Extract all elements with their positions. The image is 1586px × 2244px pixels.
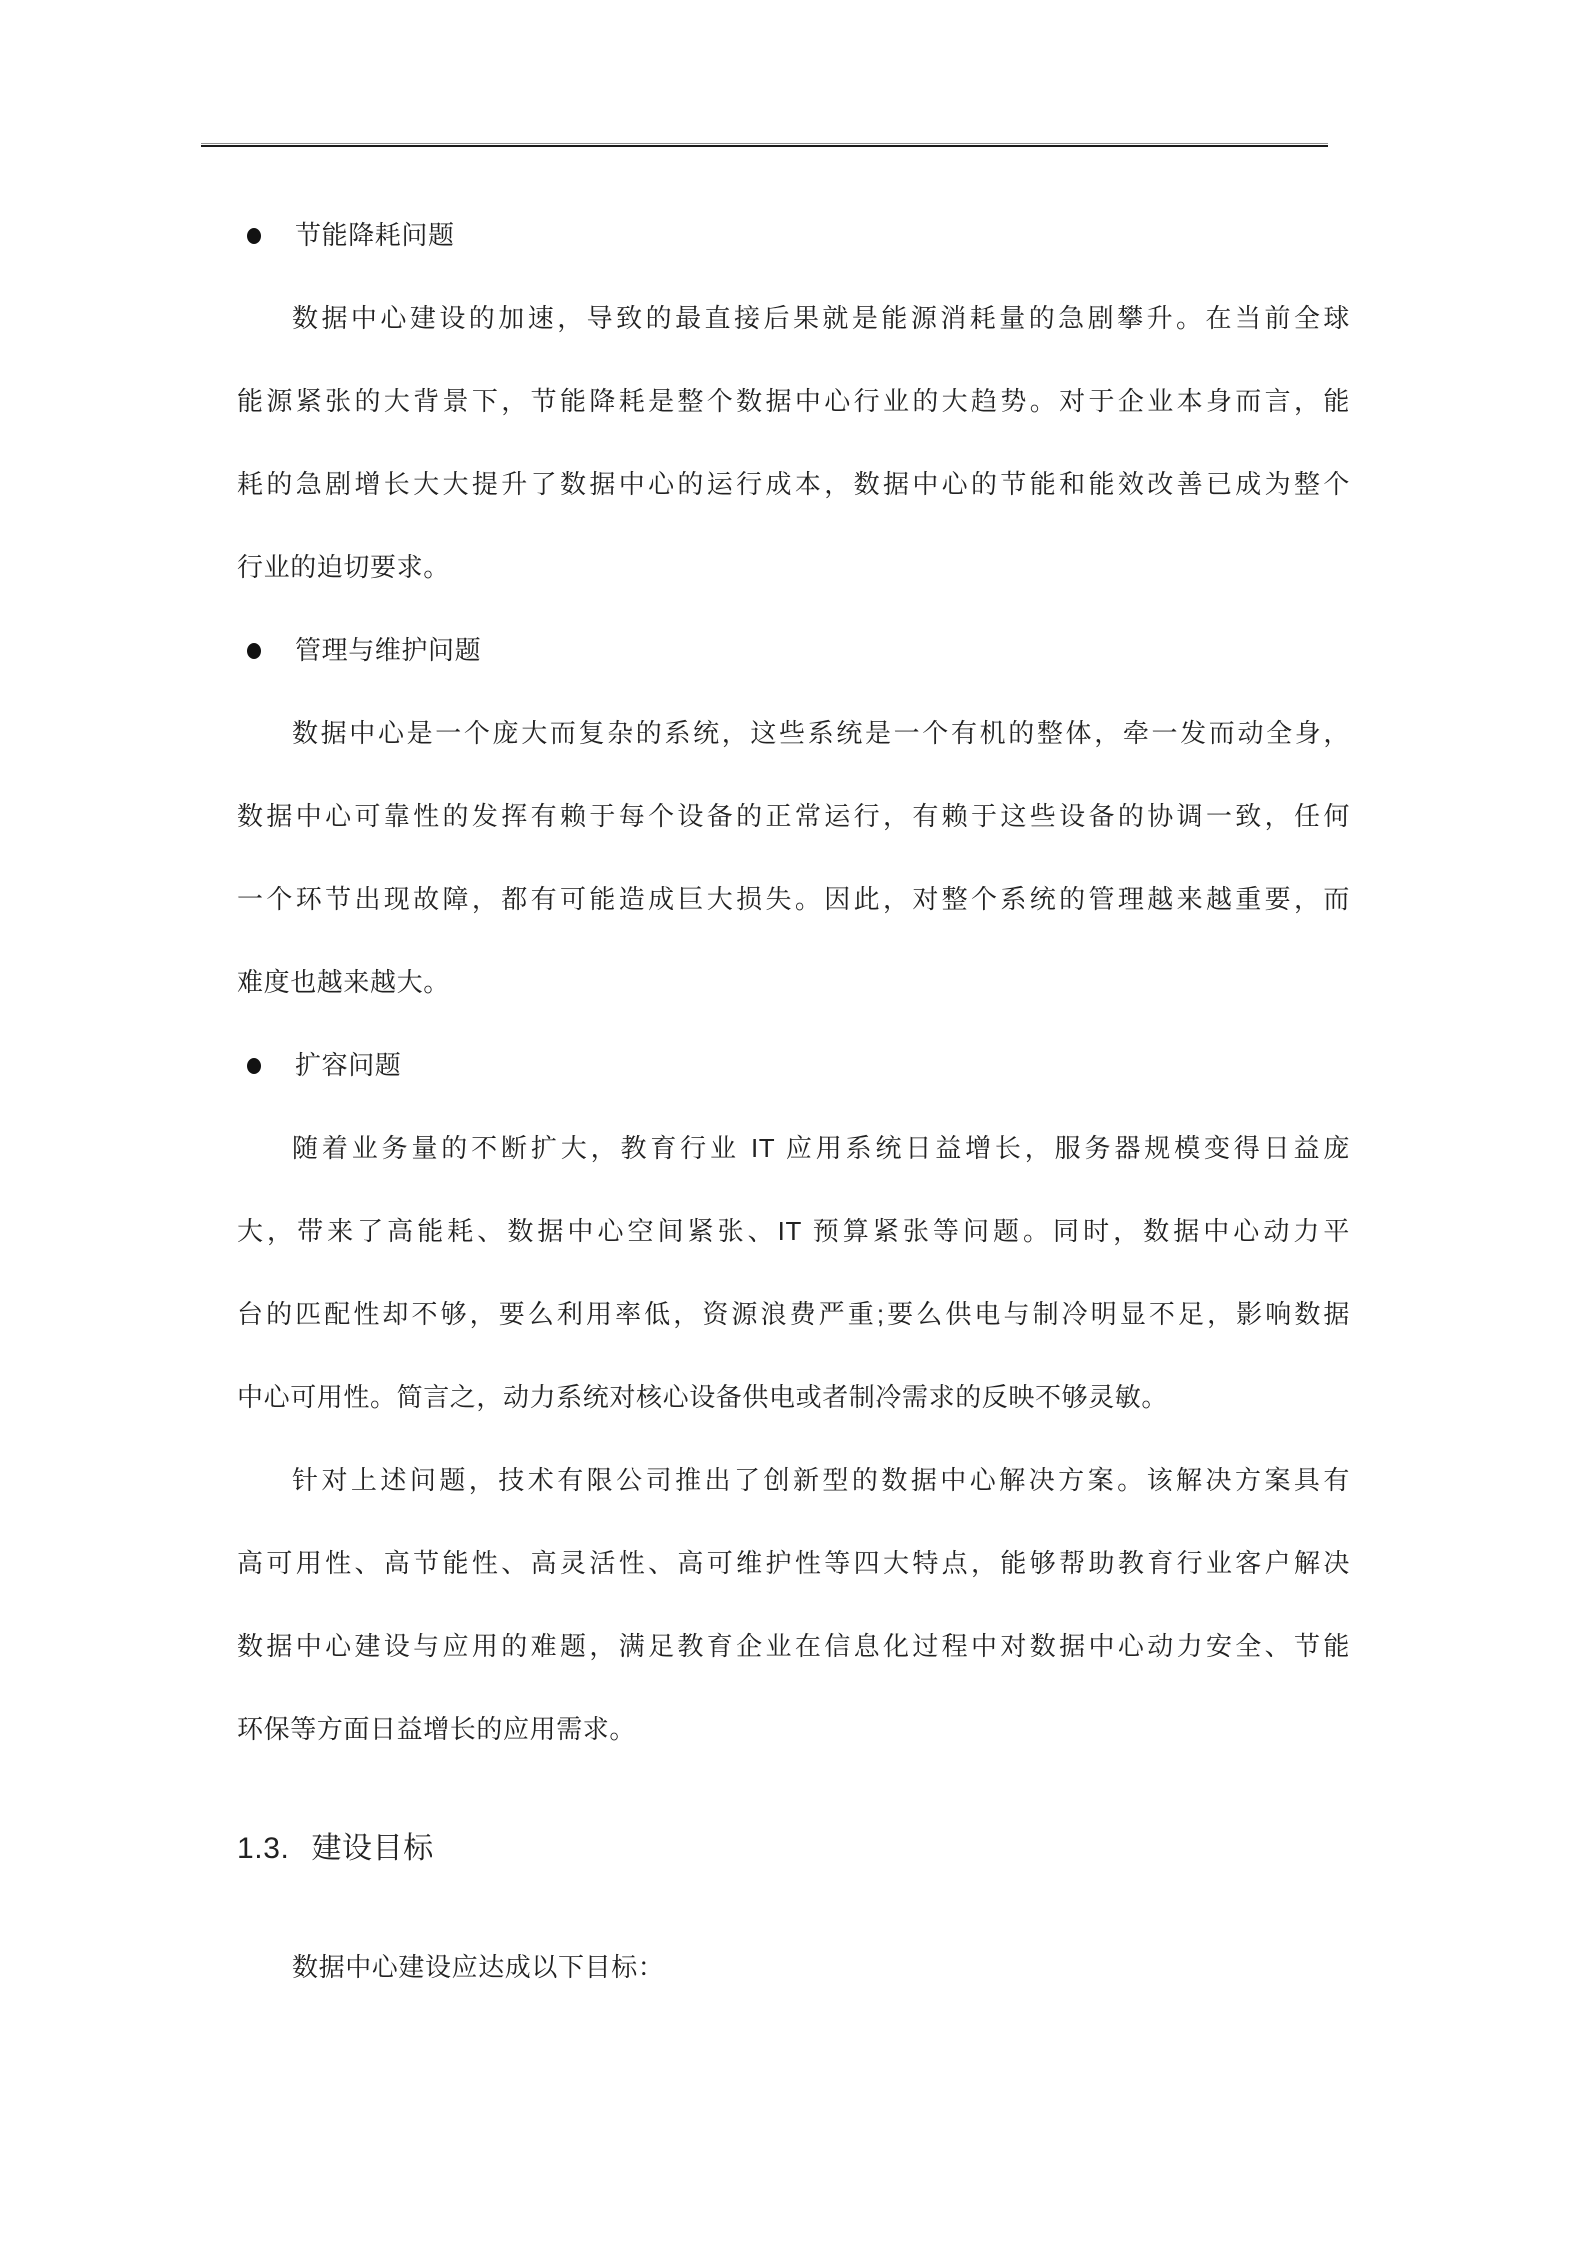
paragraph-line: 数据中心建设应达成以下目标： (237, 1926, 1350, 2009)
bullet-item-expansion: 扩容问题 (237, 1024, 1350, 1107)
paragraph-line: 大，带来了高能耗、数据中心空间紧张、IT 预算紧张等问题。同时，数据中心动力平 (237, 1190, 1350, 1273)
document-content: 节能降耗问题 数据中心建设的加速，导致的最直接后果就是能源消耗量的急剧攀升。在当… (237, 194, 1350, 2009)
section-heading: 1.3. 建设目标 (237, 1807, 1350, 1890)
section-number: 1.3. (237, 1807, 289, 1890)
bullet-dot-icon (247, 1058, 261, 1074)
header-rule (201, 143, 1328, 147)
paragraph-line: 行业的迫切要求。 (237, 526, 1350, 609)
header-rule-thick-line (201, 145, 1328, 147)
paragraph-line: 一个环节出现故障，都有可能造成巨大损失。因此，对整个系统的管理越来越重要，而 (237, 858, 1350, 941)
paragraph-line: 高可用性、高节能性、高灵活性、高可维护性等四大特点，能够帮助教育行业客户解决 (237, 1522, 1350, 1605)
paragraph-line: 能源紧张的大背景下，节能降耗是整个数据中心行业的大趋势。对于企业本身而言，能 (237, 360, 1350, 443)
header-rule-thin-line (201, 143, 1328, 144)
bullet-label: 管理与维护问题 (295, 635, 481, 665)
paragraph-line: 数据中心是一个庞大而复杂的系统，这些系统是一个有机的整体，牵一发而动全身， (237, 692, 1350, 775)
paragraph-line: 数据中心建设的加速，导致的最直接后果就是能源消耗量的急剧攀升。在当前全球 (237, 277, 1350, 360)
paragraph-line: 耗的急剧增长大大提升了数据中心的运行成本，数据中心的节能和能效改善已成为整个 (237, 443, 1350, 526)
paragraph-line: 随着业务量的不断扩大，教育行业 IT 应用系统日益增长，服务器规模变得日益庞 (237, 1107, 1350, 1190)
paragraph-line: 台的匹配性却不够，要么利用率低，资源浪费严重;要么供电与制冷明显不足，影响数据 (237, 1273, 1350, 1356)
paragraph-line: 环保等方面日益增长的应用需求。 (237, 1688, 1350, 1771)
bullet-item-energy-saving: 节能降耗问题 (237, 194, 1350, 277)
bullet-dot-icon (247, 643, 261, 659)
section-title: 建设目标 (311, 1807, 433, 1890)
bullet-dot-icon (247, 228, 261, 244)
paragraph-line: 中心可用性。简言之，动力系统对核心设备供电或者制冷需求的反映不够灵敏。 (237, 1356, 1350, 1439)
paragraph-line: 数据中心可靠性的发挥有赖于每个设备的正常运行，有赖于这些设备的协调一致，任何 (237, 775, 1350, 858)
bullet-label: 扩容问题 (295, 1050, 401, 1080)
document-page: 节能降耗问题 数据中心建设的加速，导致的最直接后果就是能源消耗量的急剧攀升。在当… (0, 0, 1586, 2244)
paragraph-line: 针对上述问题，技术有限公司推出了创新型的数据中心解决方案。该解决方案具有 (237, 1439, 1350, 1522)
bullet-item-management-maintenance: 管理与维护问题 (237, 609, 1350, 692)
paragraph-line: 难度也越来越大。 (237, 941, 1350, 1024)
paragraph-line: 数据中心建设与应用的难题，满足教育企业在信息化过程中对数据中心动力安全、节能 (237, 1605, 1350, 1688)
bullet-label: 节能降耗问题 (295, 220, 455, 250)
